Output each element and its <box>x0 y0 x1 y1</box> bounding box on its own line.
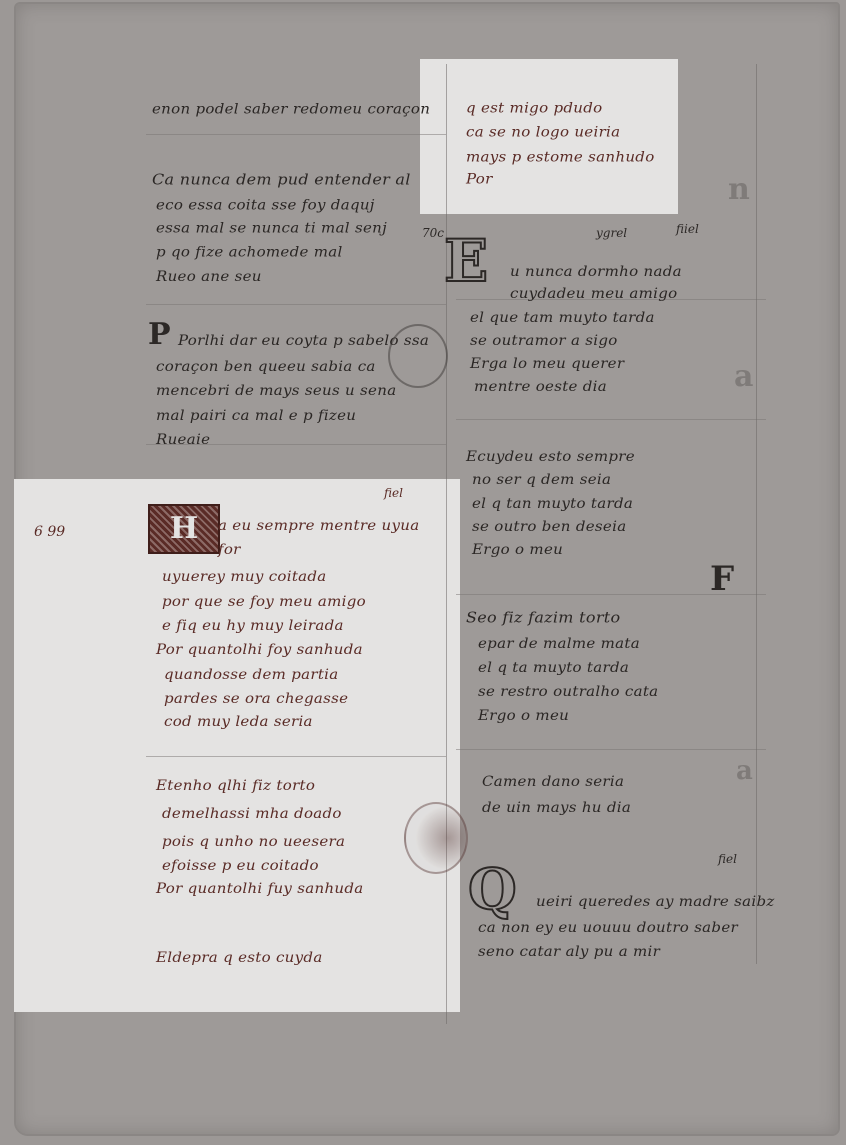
bleed-through-initial: a <box>734 359 753 394</box>
decorated-initial: Q <box>468 862 517 918</box>
verse-line: Ca nunca dem pud entender al <box>152 170 411 188</box>
verse-line: quandosse dem partia <box>164 665 339 682</box>
verse-line: se outro ben deseia <box>472 517 626 534</box>
verse-line-refrain: Ergo o meu <box>472 540 563 557</box>
verse-line: uyuerey muy coitada <box>162 567 327 584</box>
verse-line: p qo fize achomede mal <box>156 243 343 260</box>
verse-line-refrain: Por quantolhi fuy sanhuda <box>156 879 364 896</box>
verse-line: ca non ey eu uouuu doutro saber <box>478 918 738 935</box>
verse-line: pois q unho no ueesera <box>162 832 345 849</box>
verse-line: efoisse p eu coitado <box>162 856 319 873</box>
verse-line: se outramor a sigo <box>470 331 618 348</box>
verse-line: ueiri queredes ay madre saibz <box>536 892 775 909</box>
verse-line: demelhassi mha doado <box>162 804 342 821</box>
verse-line-refrain: Por quantolhi foy sanhuda <box>156 640 363 657</box>
verse-line: Rueaie <box>156 430 210 447</box>
folio-number: 6 99 <box>34 524 65 540</box>
verse-line: coraçon ben queeu sabia ca <box>156 357 376 374</box>
verse-line: el q ta muyto tarda <box>478 658 629 675</box>
decorated-initial-fragment: F <box>710 562 734 596</box>
verse-line: Camen dano seria <box>482 772 624 789</box>
bleed-through-initial: n <box>728 172 750 207</box>
verse-line: de uin mays hu dia <box>482 798 631 815</box>
verse-line: seno catar aly pu a mir <box>478 942 660 959</box>
initial-letter: P <box>148 320 171 350</box>
verse-line-refrain: Ergo o meu <box>478 706 569 723</box>
verse-line: por que se foy meu amigo <box>162 592 366 609</box>
verse-line: Ecuydeu esto sempre <box>466 447 635 464</box>
decorated-initial: H <box>148 504 220 554</box>
verse-line: Por <box>466 170 493 187</box>
verse-line: for <box>218 540 241 557</box>
decorated-initial: E <box>444 232 488 290</box>
verse-line: el que tam muyto tarda <box>470 308 655 325</box>
verse-line: mentre oeste dia <box>474 377 607 394</box>
verse-line: no ser q dem seia <box>472 470 611 487</box>
verse-line: Eldepra q esto cuyda <box>156 948 323 965</box>
verse-line: e fiq eu hy muy leirada <box>162 616 344 633</box>
verse-line: u nunca dormho nada <box>510 262 682 279</box>
verse-line: Seo fiz fazim torto <box>466 608 620 626</box>
verse-line: cod muy leda seria <box>164 712 313 729</box>
verse-line: ca se no logo ueiria <box>466 123 620 140</box>
verse-line: se restro outralho cata <box>478 682 658 699</box>
margin-annotation: 70c <box>422 226 444 240</box>
verse-line: enon podel saber redomeu coraçon <box>152 100 430 117</box>
verse-line-refrain: Erga lo meu querer <box>470 354 624 371</box>
verse-line: mencebri de mays seus u sena <box>156 381 396 398</box>
bleed-through-initial: a <box>736 756 753 786</box>
margin-annotation: ygrel <box>596 226 627 240</box>
verse-line: mays p estome sanhudo <box>466 148 655 165</box>
verse-line: el q tan muyto tarda <box>472 494 633 511</box>
manuscript-page: n a F a 6 99 70c ygrel fiiel fiel fiel e… <box>14 2 840 1136</box>
margin-annotation: fiel <box>718 852 737 866</box>
verse-line: Etenho qlhi fiz torto <box>156 776 315 793</box>
verse-line: a eu sempre mentre uyua <box>218 516 419 533</box>
verse-line: mal pairi ca mal e p fizeu <box>156 406 356 423</box>
verse-line: q est migo pdudo <box>466 99 602 116</box>
margin-annotation: fiel <box>384 486 403 500</box>
verse-line: essa mal se nunca ti mal senj <box>156 219 387 236</box>
verse-line: eco essa coita sse foy daquj <box>156 196 375 213</box>
ink-stain <box>404 802 468 874</box>
highlight-region-bottom-left <box>14 479 460 1012</box>
margin-annotation: fiiel <box>676 222 699 236</box>
verse-line: Rueo ane seu <box>156 267 262 284</box>
verse-line: pardes se ora chegasse <box>164 689 348 706</box>
verse-line: cuydadeu meu amigo <box>510 284 678 301</box>
verse-line: epar de malme mata <box>478 634 640 651</box>
verse-line: Porlhi dar eu coyta p sabelo ssa <box>178 331 429 348</box>
